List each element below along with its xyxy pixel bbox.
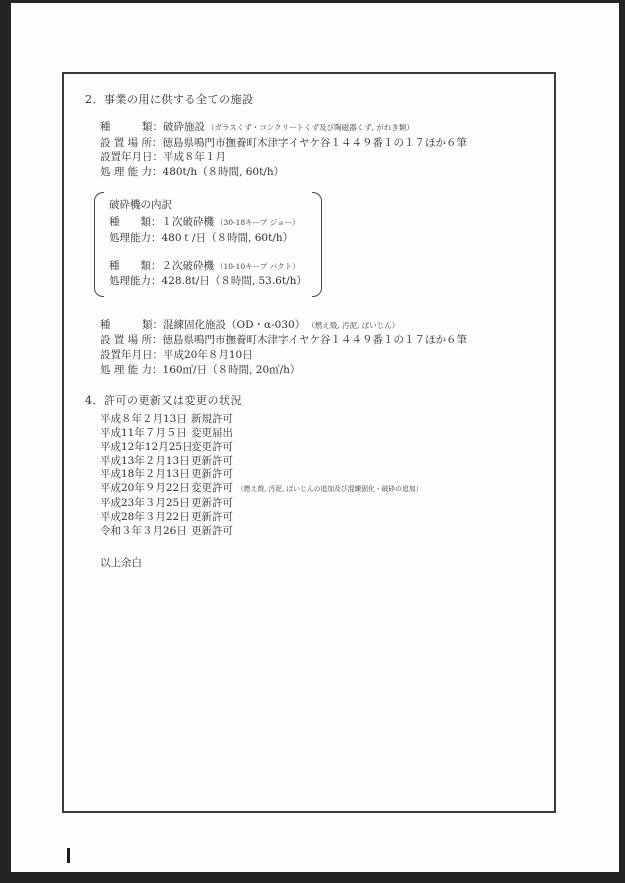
- history-row: 平成11年７月５日変更届出: [100, 427, 554, 441]
- history-date: 平成20年９月22日: [100, 482, 191, 496]
- facility1-date-row: 設置年月日：平成８年１月: [100, 150, 554, 165]
- primary-crusher-group: 種 類：１次破砕機（30-18キープ ジョー） 処理能力：480ｔ/日（８時間,…: [109, 215, 307, 245]
- history-date: 平成28年３月22日: [100, 511, 191, 525]
- field-value: 徳島県鳴門市撫養町木津字イヤケ谷１４４９番１の１７ほか６筆: [163, 333, 468, 348]
- history-row: 平成18年２月13日更新許可: [100, 468, 554, 482]
- field-value: 徳島県鳴門市撫養町木津字イヤケ谷１４４９番１の１７ほか６筆: [163, 136, 468, 151]
- history-action: 更新許可: [191, 525, 233, 539]
- field-value: 160㎥/日（８時間, 20㎥/h）: [163, 363, 301, 378]
- history-row: 平成13年２月13日更新許可: [100, 455, 554, 469]
- facility1-location-row: 設 置 場 所：徳島県鳴門市撫養町木津字イヤケ谷１４４９番１の１７ほか６筆: [100, 136, 554, 151]
- field-value: 480ｔ/日（８時間, 60t/h）: [162, 231, 294, 246]
- facility2-capacity-row: 処 理 能 力：160㎥/日（８時間, 20㎥/h）: [100, 363, 554, 378]
- field-note: （30-18キープ ジョー）: [216, 216, 299, 231]
- field-label: 設 置 場 所：: [100, 136, 163, 151]
- primary-crusher-type-row: 種 類：１次破砕機（30-18キープ ジョー）: [109, 215, 307, 231]
- field-value: 480t/h（８時間, 60t/h）: [163, 165, 285, 180]
- history-row: 平成20年９月22日変更許可（燃え殻, 汚泥, ばいじんの追加及び混練固化・破砕…: [100, 482, 554, 497]
- field-value: ２次破砕機: [162, 259, 215, 274]
- section4-title: 4．許可の更新又は変更の状況: [85, 392, 554, 408]
- document-page: 2．事業の用に供する全ての施設 種 類：破砕施設（ガラスくず・コンクリートくず及…: [11, 3, 619, 872]
- field-label: 種 類：: [109, 259, 162, 274]
- history-note: （燃え殻, 汚泥, ばいじんの追加及び混練固化・破砕の追加）: [237, 483, 422, 497]
- facility1-capacity-row: 処 理 能 力：480t/h（８時間, 60t/h）: [100, 165, 554, 180]
- facility1-block: 種 類：破砕施設（ガラスくず・コンクリートくず及び陶磁器くず, がれき類） 設 …: [100, 120, 554, 179]
- history-date: 平成12年12月25日: [100, 441, 191, 455]
- scan-artifact-mark: [67, 848, 70, 863]
- facility2-type-row: 種 類：混練固化施設（OD・α-030）（燃え殻, 汚泥, ばいじん）: [100, 318, 554, 334]
- field-value: 平成８年１月: [163, 150, 226, 165]
- field-value: 平成20年８月10日: [163, 348, 253, 363]
- history-action: 更新許可: [191, 468, 233, 482]
- field-value: 428.8t/日（８時間, 53.6t/h）: [162, 274, 307, 289]
- secondary-crusher-type-row: 種 類：２次破砕機（10-10キープ パクト）: [109, 259, 307, 275]
- history-action: 更新許可: [191, 511, 233, 525]
- field-label: 設 置 場 所：: [100, 333, 163, 348]
- history-date: 平成13年２月13日: [100, 455, 191, 469]
- history-row: 令和３年３月26日更新許可: [100, 525, 554, 539]
- permit-history-list: 平成８年２月13日新規許可 平成11年７月５日変更届出 平成12年12月25日変…: [100, 413, 554, 538]
- field-note: （燃え殻, 汚泥, ばいじん）: [307, 319, 399, 334]
- field-label: 種 類：: [109, 215, 162, 230]
- history-action: 更新許可: [191, 497, 233, 511]
- closing-remark: 以上余白: [100, 555, 554, 570]
- history-action: 変更許可: [191, 441, 233, 455]
- history-action: 変更届出: [191, 427, 233, 441]
- history-row: 平成８年２月13日新規許可: [100, 413, 554, 427]
- field-value: １次破砕機: [162, 215, 215, 230]
- field-note: （10-10キープ パクト）: [216, 260, 300, 275]
- field-value: 混練固化施設（OD・α-030）: [163, 318, 305, 333]
- history-date: 令和３年３月26日: [100, 525, 191, 539]
- history-row: 平成12年12月25日変更許可: [100, 441, 554, 455]
- facility2-date-row: 設置年月日：平成20年８月10日: [100, 348, 554, 363]
- field-label: 処 理 能 力：: [100, 165, 163, 180]
- history-date: 平成18年２月13日: [100, 468, 191, 482]
- field-label: 処 理 能 力：: [100, 363, 163, 378]
- section2-title: 2．事業の用に供する全ての施設: [85, 91, 554, 107]
- secondary-crusher-capacity-row: 処理能力：428.8t/日（８時間, 53.6t/h）: [109, 274, 307, 289]
- field-label: 設置年月日：: [100, 348, 163, 363]
- history-action: 変更許可: [191, 482, 233, 496]
- crusher-breakdown-box: 破砕機の内訳 種 類：１次破砕機（30-18キープ ジョー） 処理能力：480ｔ…: [94, 192, 322, 296]
- facility2-location-row: 設 置 場 所：徳島県鳴門市撫養町木津字イヤケ谷１４４９番１の１７ほか６筆: [100, 333, 554, 348]
- document-border-frame: 2．事業の用に供する全ての施設 種 類：破砕施設（ガラスくず・コンクリートくず及…: [62, 72, 556, 813]
- history-action: 新規許可: [191, 413, 233, 427]
- history-action: 更新許可: [191, 455, 233, 469]
- history-row: 平成23年３月25日更新許可: [100, 497, 554, 511]
- history-date: 平成８年２月13日: [100, 413, 191, 427]
- facility2-block: 種 類：混練固化施設（OD・α-030）（燃え殻, 汚泥, ばいじん） 設 置 …: [100, 318, 554, 377]
- field-label: 設置年月日：: [100, 150, 163, 165]
- history-date: 平成11年７月５日: [100, 427, 191, 441]
- field-label: 種 類：: [100, 120, 163, 135]
- crusher-box-title: 破砕機の内訳: [109, 198, 307, 213]
- field-value: 破砕施設: [163, 120, 205, 135]
- history-date: 平成23年３月25日: [100, 497, 191, 511]
- field-label: 処理能力：: [109, 231, 162, 246]
- field-label: 種 類：: [100, 318, 163, 333]
- secondary-crusher-group: 種 類：２次破砕機（10-10キープ パクト） 処理能力：428.8t/日（８時…: [109, 259, 307, 289]
- field-label: 処理能力：: [109, 274, 162, 289]
- history-row: 平成28年３月22日更新許可: [100, 511, 554, 525]
- primary-crusher-capacity-row: 処理能力：480ｔ/日（８時間, 60t/h）: [109, 231, 307, 246]
- field-note: （ガラスくず・コンクリートくず及び陶磁器くず, がれき類）: [207, 121, 414, 136]
- facility1-type-row: 種 類：破砕施設（ガラスくず・コンクリートくず及び陶磁器くず, がれき類）: [100, 120, 554, 136]
- scanned-permit-page: { "section2": { "title": "2．事業の用に供する全ての施…: [0, 0, 625, 883]
